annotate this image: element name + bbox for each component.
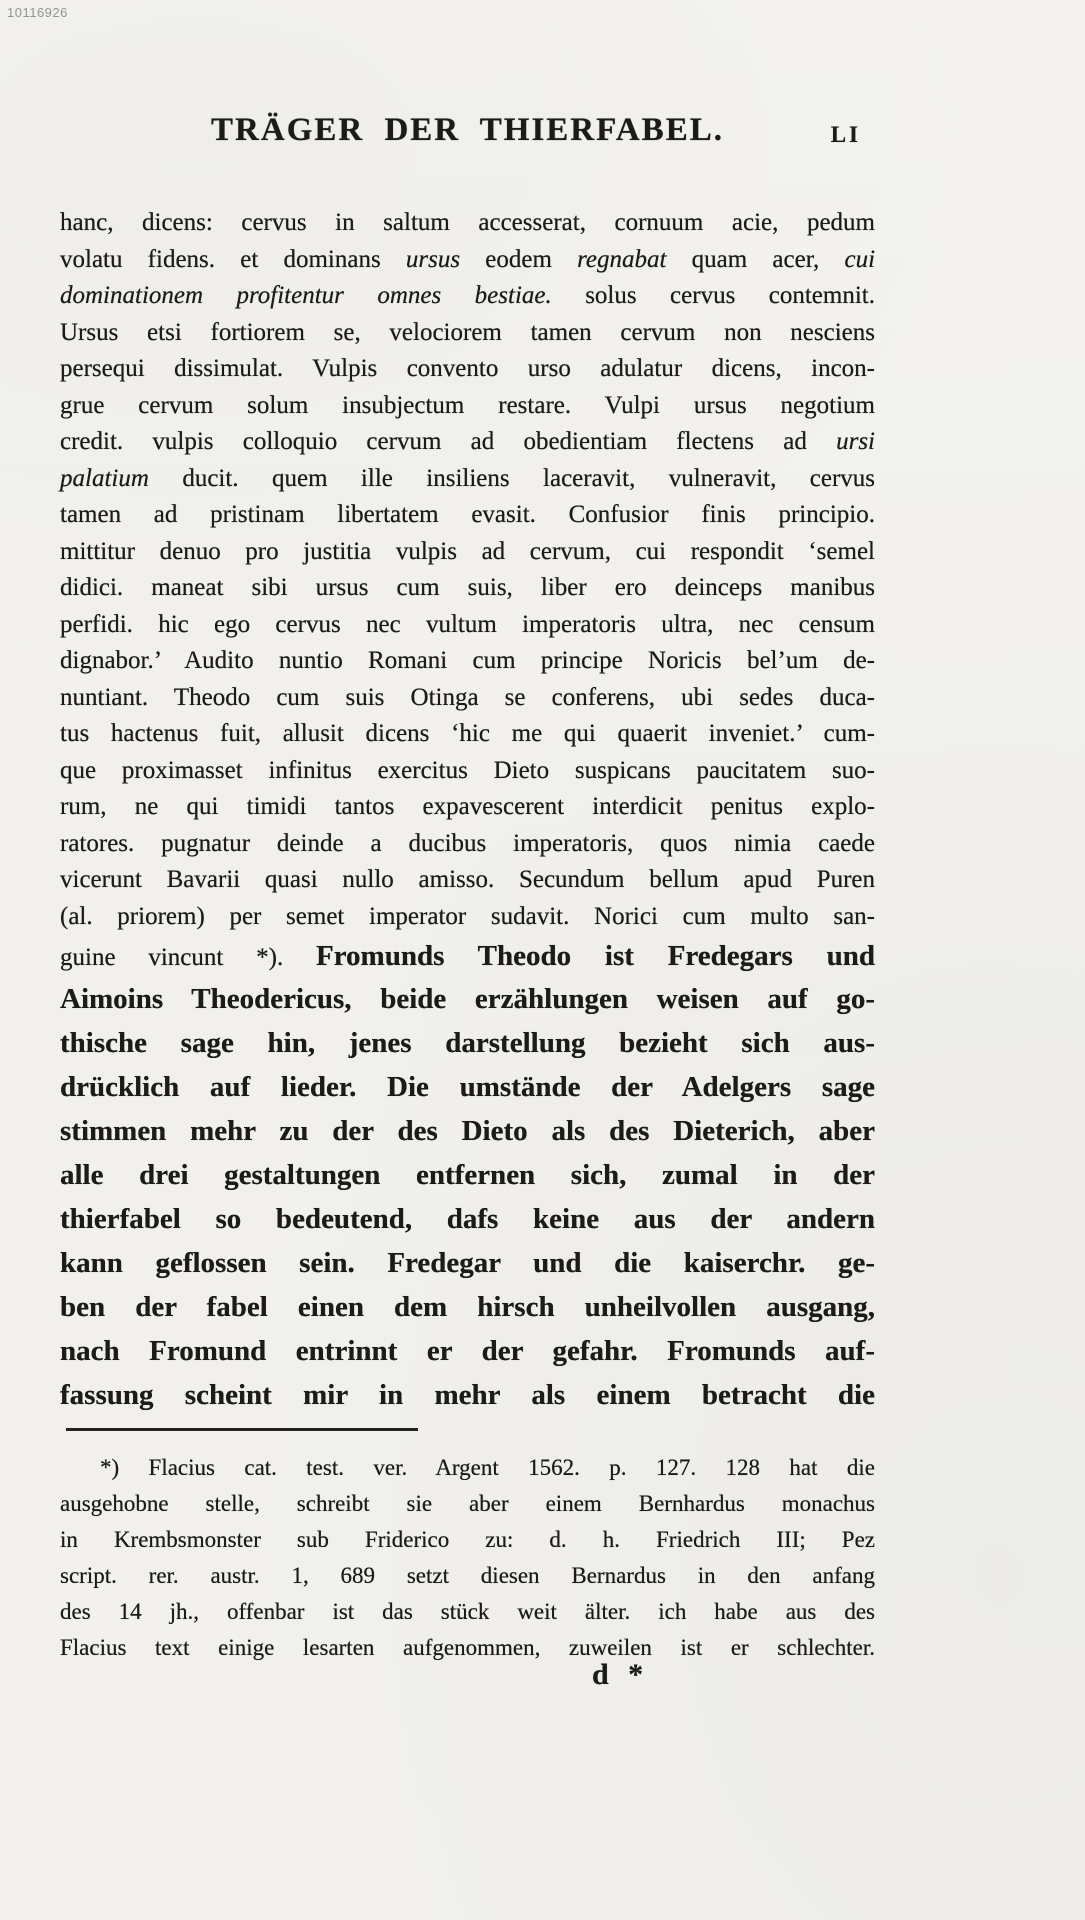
text-segment: thierfabel so bedeutend, dafs keine aus … [60, 1203, 875, 1235]
text-line: dominationem profitentur omnes bestiae. … [60, 278, 875, 315]
footnote-line: Flacius text einige lesarten aufgenommen… [60, 1630, 875, 1666]
text-segment: fassung scheint mir in mehr als einem be… [60, 1379, 875, 1411]
text-segment: eodem [460, 246, 577, 273]
italic-text-segment: ursus [406, 246, 460, 273]
italic-text-segment: cui [844, 246, 875, 273]
footnote-line: *) Flacius cat. test. ver. Argent 1562. … [60, 1450, 875, 1486]
text-segment: thische sage hin, jenes darstellung bezi… [60, 1027, 875, 1059]
text-segment: drücklich auf lieder. Die umstände der A… [60, 1071, 875, 1103]
text-line: ben der fabel einen dem hirsch unheilvol… [60, 1285, 875, 1329]
text-line: rum, ne qui timidi tantos expavescerent … [60, 789, 875, 826]
page-number: LI [831, 122, 861, 148]
text-line: nach Fromund entrinnt er der gefahr. Fro… [60, 1329, 875, 1373]
text-line: alle drei gestaltungen entfernen sich, z… [60, 1153, 875, 1197]
page-header: TRÄGER DER THIERFABEL. LI [60, 112, 875, 149]
text-line: persequi dissimulat. Vulpis convento urs… [60, 351, 875, 388]
text-segment: hanc, dicens: cervus in saltum accessera… [60, 209, 875, 236]
text-line: tamen ad pristinam libertatem evasit. Co… [60, 497, 875, 534]
text-segment: dignabor.’ Audito nuntio Romani cum prin… [60, 647, 875, 674]
text-line: dignabor.’ Audito nuntio Romani cum prin… [60, 643, 875, 680]
text-line: mittitur denuo pro justitia vulpis ad ce… [60, 534, 875, 571]
footnote-line: des 14 jh., offenbar ist das stück weit … [60, 1594, 875, 1630]
text-line: hanc, dicens: cervus in saltum accessera… [60, 205, 875, 242]
text-segment: que proximasset infinitus exercitus Diet… [60, 757, 875, 784]
footnote-line: ausgehobne stelle, schreibt sie aber ein… [60, 1486, 875, 1522]
text-segment: vicerunt Bavarii quasi nullo amisso. Sec… [60, 866, 875, 893]
italic-text-segment: regnabat [577, 246, 666, 273]
text-segment: tus hactenus fuit, allusit dicens ‘hic m… [60, 720, 875, 747]
text-line: stimmen mehr zu der des Dieto als des Di… [60, 1109, 875, 1153]
text-line: didici. maneat sibi ursus cum suis, libe… [60, 570, 875, 607]
text-segment: quam acer, [666, 246, 844, 273]
text-segment: Aimoins Theodericus, beide erzählungen w… [60, 983, 875, 1015]
text-line: vicerunt Bavarii quasi nullo amisso. Sec… [60, 862, 875, 899]
text-segment: Fromunds Theodo ist Fredegars und [316, 940, 875, 972]
italic-text-segment: ursi [836, 428, 875, 455]
text-line: Ursus etsi fortiorem se, velociorem tame… [60, 315, 875, 352]
text-segment: kann geflossen sein. Fredegar und die ka… [60, 1247, 875, 1279]
text-line: perfidi. hic ego cervus nec vultum imper… [60, 607, 875, 644]
text-segment: volatu fidens. et dominans [60, 246, 406, 273]
text-segment: nach Fromund entrinnt er der gefahr. Fro… [60, 1335, 875, 1367]
text-segment: guine vincunt *). [60, 944, 316, 971]
text-line: grue cervum solum insubjectum restare. V… [60, 388, 875, 425]
text-line: ratores. pugnatur deinde a ducibus imper… [60, 826, 875, 863]
text-line: Aimoins Theodericus, beide erzählungen w… [60, 977, 875, 1021]
footnote-separator-rule [66, 1428, 418, 1431]
text-segment: (al. priorem) per semet imperator sudavi… [60, 903, 875, 930]
text-line: (al. priorem) per semet imperator sudavi… [60, 899, 875, 936]
text-segment: didici. maneat sibi ursus cum suis, libe… [60, 574, 875, 601]
text-segment: perfidi. hic ego cervus nec vultum imper… [60, 611, 875, 638]
scan-id-number: 10116926 [7, 5, 68, 20]
text-line: credit. vulpis colloquio cervum ad obedi… [60, 424, 875, 461]
text-line: drücklich auf lieder. Die umstände der A… [60, 1065, 875, 1109]
running-title: TRÄGER DER THIERFABEL. [60, 112, 875, 149]
text-line: nuntiant. Theodo cum suis Otinga se conf… [60, 680, 875, 717]
text-line: kann geflossen sein. Fredegar und die ka… [60, 1241, 875, 1285]
text-segment: Ursus etsi fortiorem se, velociorem tame… [60, 319, 875, 346]
text-segment: ratores. pugnatur deinde a ducibus imper… [60, 830, 875, 857]
printer-signature-mark: d * [592, 1658, 649, 1692]
text-line: thierfabel so bedeutend, dafs keine aus … [60, 1197, 875, 1241]
text-line: thische sage hin, jenes darstellung bezi… [60, 1021, 875, 1065]
scanned-book-page: 10116926 TRÄGER DER THIERFABEL. LI hanc,… [0, 0, 1085, 1920]
footnote-line: script. rer. austr. 1, 689 setzt diesen … [60, 1558, 875, 1594]
text-segment: nuntiant. Theodo cum suis Otinga se conf… [60, 684, 875, 711]
text-line: que proximasset infinitus exercitus Diet… [60, 753, 875, 790]
text-line: tus hactenus fuit, allusit dicens ‘hic m… [60, 716, 875, 753]
italic-text-segment: palatium [60, 465, 149, 492]
footnote-line: in Krembsmonster sub Friderico zu: d. h.… [60, 1522, 875, 1558]
footnote-text: *) Flacius cat. test. ver. Argent 1562. … [60, 1450, 875, 1666]
body-text: hanc, dicens: cervus in saltum accessera… [60, 205, 875, 1417]
text-segment: persequi dissimulat. Vulpis convento urs… [60, 355, 875, 382]
text-segment: stimmen mehr zu der des Dieto als des Di… [60, 1115, 875, 1147]
text-line: fassung scheint mir in mehr als einem be… [60, 1373, 875, 1417]
text-segment: rum, ne qui timidi tantos expavescerent … [60, 793, 875, 820]
italic-text-segment: dominationem profitentur omnes bestiae. [60, 282, 552, 309]
text-segment: tamen ad pristinam libertatem evasit. Co… [60, 501, 875, 528]
text-segment: solus cervus contemnit. [552, 282, 875, 309]
text-line: guine vincunt *). Fromunds Theodo ist Fr… [60, 935, 875, 977]
text-segment: ducit. quem ille insiliens laceravit, vu… [149, 465, 875, 492]
text-segment: grue cervum solum insubjectum restare. V… [60, 392, 875, 419]
text-line: volatu fidens. et dominans ursus eodem r… [60, 242, 875, 279]
text-line: palatium ducit. quem ille insiliens lace… [60, 461, 875, 498]
text-segment: ben der fabel einen dem hirsch unheilvol… [60, 1291, 875, 1323]
text-segment: credit. vulpis colloquio cervum ad obedi… [60, 428, 836, 455]
text-segment: mittitur denuo pro justitia vulpis ad ce… [60, 538, 875, 565]
text-segment: alle drei gestaltungen entfernen sich, z… [60, 1159, 875, 1191]
